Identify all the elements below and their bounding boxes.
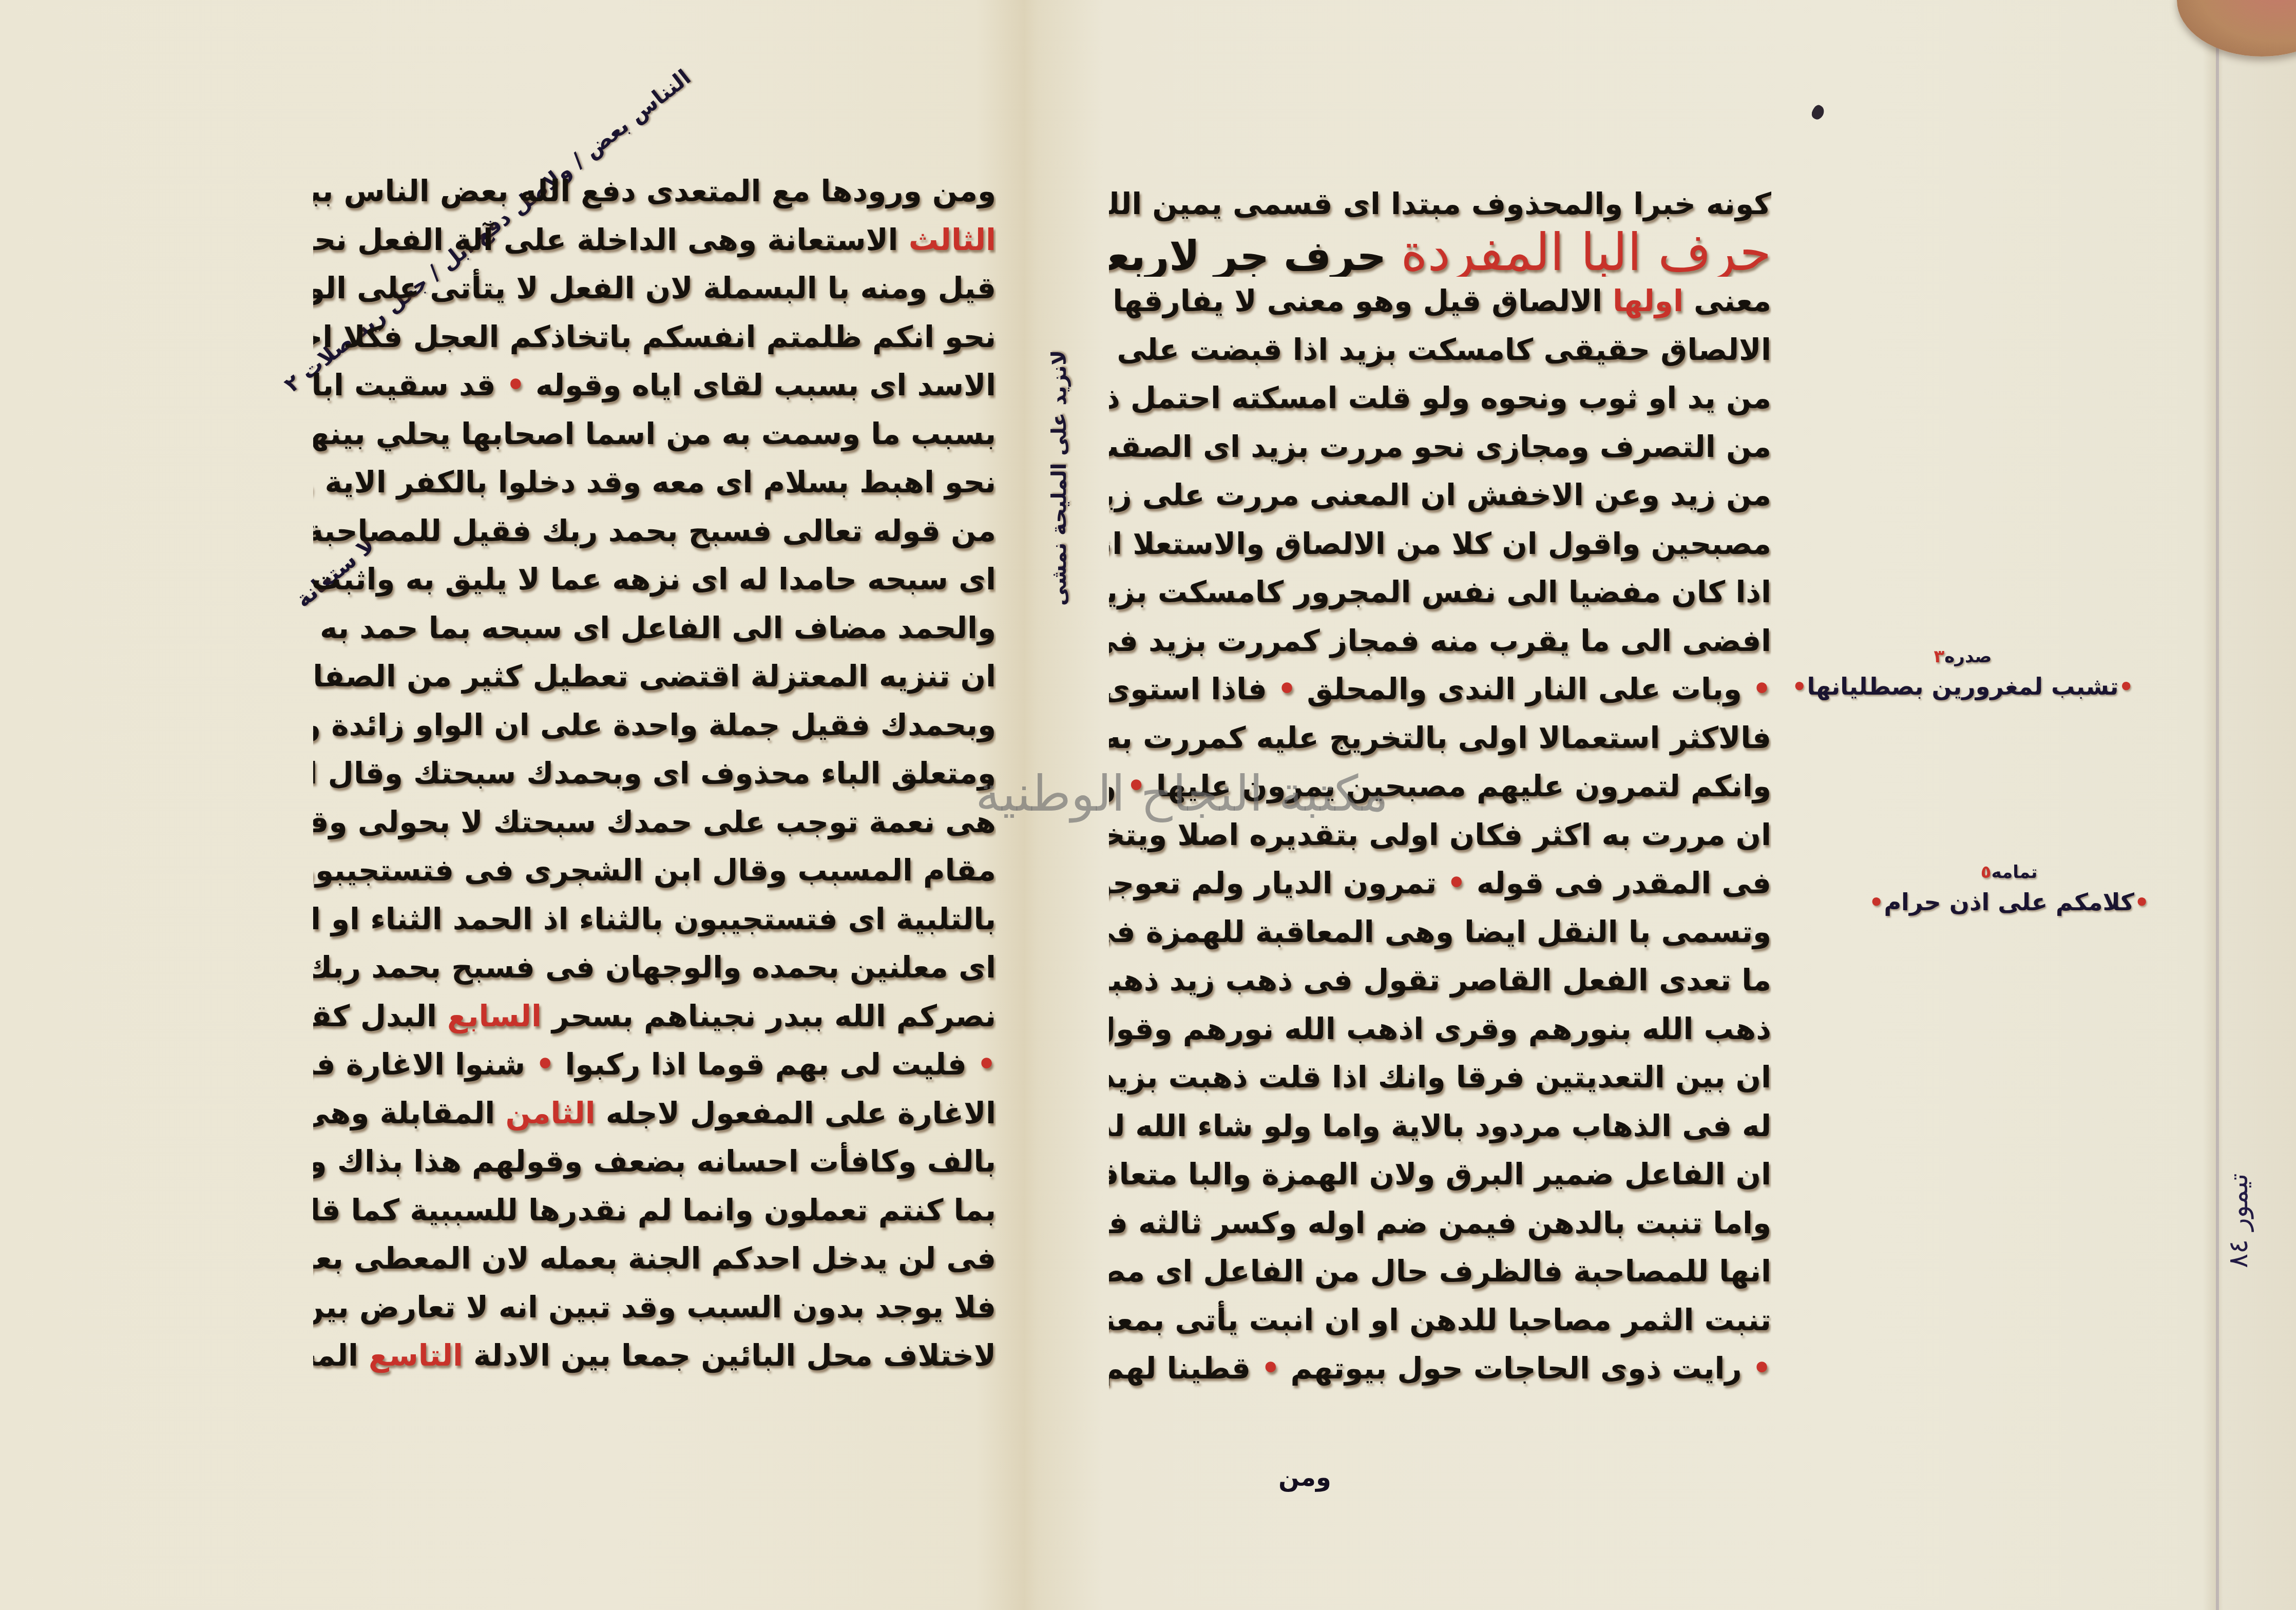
text-line: من زيد وعن الاخفش ان المعنى مررت على زيد… — [1109, 471, 1771, 520]
manuscript-spread: النناس بعض / ولاصل دفع ابل / جعل ربه صلا… — [0, 0, 2296, 1610]
red-dot-marker: • — [535, 1047, 554, 1082]
library-shelf-mark: تيمور ٨٤ — [2223, 1173, 2254, 1268]
text-line: بما كنتم تعملون وانما لم نقدرها للسببية … — [313, 1186, 996, 1235]
red-dot-marker: • — [1792, 673, 1807, 700]
text-line: من قوله تعالى فسبح بحمد ربك فقيل للمصاحب… — [313, 507, 996, 555]
red-dot-marker: • — [506, 368, 525, 402]
text-line: كونه خبرا والمحذوف مبتدا اى قسمى يمين ال… — [1109, 180, 1771, 228]
text-line: فى لن يدخل احدكم الجنة بعمله لان المعطى … — [313, 1234, 996, 1283]
margin-note-label: تمامه٥ — [1869, 857, 2149, 887]
text-line: هى نعمة توجب على حمدك سبحتك لا بحولى وقو… — [313, 798, 996, 847]
rubric-heading: حرف البا المفردة — [1401, 228, 1771, 277]
text-line: الاسد اى بسبب لقاى اياه وقوله • قد سقيت … — [313, 361, 996, 410]
text-line: ان بين التعديتين فرقا وانك اذا قلت ذهبت … — [1109, 1053, 1771, 1102]
text-line: من التصرف ومجازى نحو مررت بزيد اى الصقت … — [1109, 423, 1771, 471]
text-line: انها للمصاحبة فالظرف حال من الفاعل اى مص… — [1109, 1247, 1771, 1296]
text-line: ما تعدى الفعل القاصر تقول فى ذهب زيد ذهب… — [1109, 956, 1771, 1005]
text-line: اى معلنين بحمده والوجهان فى فسبح بحمد رب… — [313, 943, 996, 992]
text-line: تنبت الثمر مصاحبا للدهن او ان انبت يأتى … — [1109, 1296, 1771, 1345]
text-line: ومتعلق الباء محذوف اى وبحمدك سبحتك وقال … — [313, 749, 996, 798]
text-line: معنى اولها الالصاق قيل وهو معنى لا يفارق… — [1109, 277, 1771, 325]
margin-note-verse-1: صدره٣ •تشبب لمغرورين بصطليانها• — [1792, 642, 2134, 701]
gutter-vertical-margin-note: لانزيد على المليحة نمشى — [1047, 350, 1071, 606]
red-dot-marker: • — [2119, 673, 2134, 700]
catchword: ومن — [1278, 1463, 1331, 1492]
text-line: فالاكثر استعمالا اولى بالتخريج عليه كمرر… — [1109, 714, 1771, 762]
text-line: بسبب ما وسمت به من اسما اصحابها يحلي بين… — [313, 410, 996, 458]
rubric: الثامن — [505, 1096, 595, 1130]
text-line: الثالث الاستعانة وهى الداخلة على آلة الف… — [313, 216, 996, 264]
text-line: فى المقدر فى قوله • تمرون الديار ولم تعو… — [1109, 859, 1771, 908]
chapter-heading: حرف البا المفردة حرف جر لاربعة عشر — [1109, 228, 1771, 277]
red-dot-marker: • — [1869, 888, 1884, 916]
text-line: ذهب الله بنورهم وقرى اذهب الله نورهم وقو… — [1109, 1005, 1771, 1053]
text-line: بالف وكافأت احسانه بضعف وقولهم هذا بذاك … — [313, 1137, 996, 1186]
rubric: اولها — [1613, 283, 1683, 318]
red-dot-marker: • — [1261, 1351, 1280, 1386]
text-line: نصركم الله ببدر نجيناهم بسحر السابع البد… — [313, 992, 996, 1041]
red-dot-marker: • — [1752, 1351, 1771, 1386]
page-edge — [2216, 0, 2219, 1610]
red-dot-marker: • — [1752, 672, 1771, 706]
text-line: افضى الى ما يقرب منه فمجاز كمررت بزيد فى… — [1109, 617, 1771, 665]
text-line: • فليت لى بهم قوما اذا ركبوا • شنوا الاغ… — [313, 1040, 996, 1089]
text-line: له فى الذهاب مردود بالاية واما ولو شاء ا… — [1109, 1102, 1771, 1151]
text-line: لاختلاف محل البائين جمعا بين الادلة التا… — [313, 1331, 996, 1380]
text-line: مصبحين واقول ان كلا من الالصاق والاستعلا… — [1109, 520, 1771, 568]
text-line: فلا يوجد بدون السبب وقد تبين انه لا تعار… — [313, 1283, 996, 1332]
text-line: الالصاق حقيقى كامسكت بزيد اذا قبضت على ش… — [1109, 325, 1771, 374]
text-line: من يد او ثوب ونحوه ولو قلت امسكته احتمل … — [1109, 374, 1771, 423]
rubric: السابع — [447, 999, 542, 1033]
text-line: وتسمى با النقل ايضا وهى المعاقبة للهمزة … — [1109, 908, 1771, 956]
text-line: واما تنبت بالدهن فيمن ضم اوله وكسر ثالثه… — [1109, 1199, 1771, 1248]
text-line: نحو انكم ظلمتم انفسكم باتخاذكم العجل فكل… — [313, 313, 996, 361]
text-line: ومن ورودها مع المتعدى دفع الله بعض الناس… — [313, 167, 996, 216]
text-line: • وبات على النار الندى والمحلق • فاذا اس… — [1109, 665, 1771, 714]
ink-blot — [1809, 103, 1826, 121]
text-line: قيل ومنه با البسملة لان الفعل لا يتأتى ع… — [313, 264, 996, 313]
red-dot-marker: • — [1277, 672, 1296, 706]
red-dot-marker: • — [1447, 866, 1466, 900]
text-line: بالتلبية اى فتستجيبون بالثناء اذ الحمد ا… — [313, 895, 996, 944]
text-line: اى سبحه حامدا له اى نزهه عما لا يليق به … — [313, 555, 996, 604]
margin-note-label: صدره٣ — [1792, 642, 2134, 672]
text-line: • رايت ذوى الحاجات حول بيوتهم • قطينا له… — [1109, 1344, 1771, 1393]
text-line: مقام المسبب وقال ابن الشجرى فى فتستجيبون… — [313, 846, 996, 895]
text-line: ان تنزيه المعتزلة اقتضى تعطيل كثير من ال… — [313, 652, 996, 701]
text-line: ان الفاعل ضمير البرق ولان الهمزة والبا م… — [1109, 1150, 1771, 1199]
text-line: والحمد مضاف الى الفاعل اى سبحه بما حمد ب… — [313, 604, 996, 653]
margin-note-verse-2: تمامه٥ •كلامكم على اذن حرام• — [1869, 857, 2149, 917]
red-dot-marker: • — [2134, 888, 2149, 916]
text-line: الاغارة على المفعول لاجله الثامن المقابل… — [313, 1089, 996, 1138]
text-line: نحو اهبط بسلام اى معه وقد دخلوا بالكفر ا… — [313, 458, 996, 507]
finger-holding-page — [2177, 0, 2296, 56]
library-watermark: مكتبة النجاح الوطنية — [975, 765, 1388, 822]
left-page-text-block: ومن ورودها مع المتعدى دفع الله بعض الناس… — [313, 167, 996, 1380]
rubric: الثالث — [909, 222, 996, 257]
red-dot-marker: • — [977, 1047, 996, 1082]
rubric: التاسع — [369, 1338, 463, 1373]
text-line: وبحمدك فقيل جملة واحدة على ان الواو زائد… — [313, 701, 996, 750]
text-line: اذا كان مفضيا الى نفس المجرور كامسكت بزي… — [1109, 568, 1771, 617]
